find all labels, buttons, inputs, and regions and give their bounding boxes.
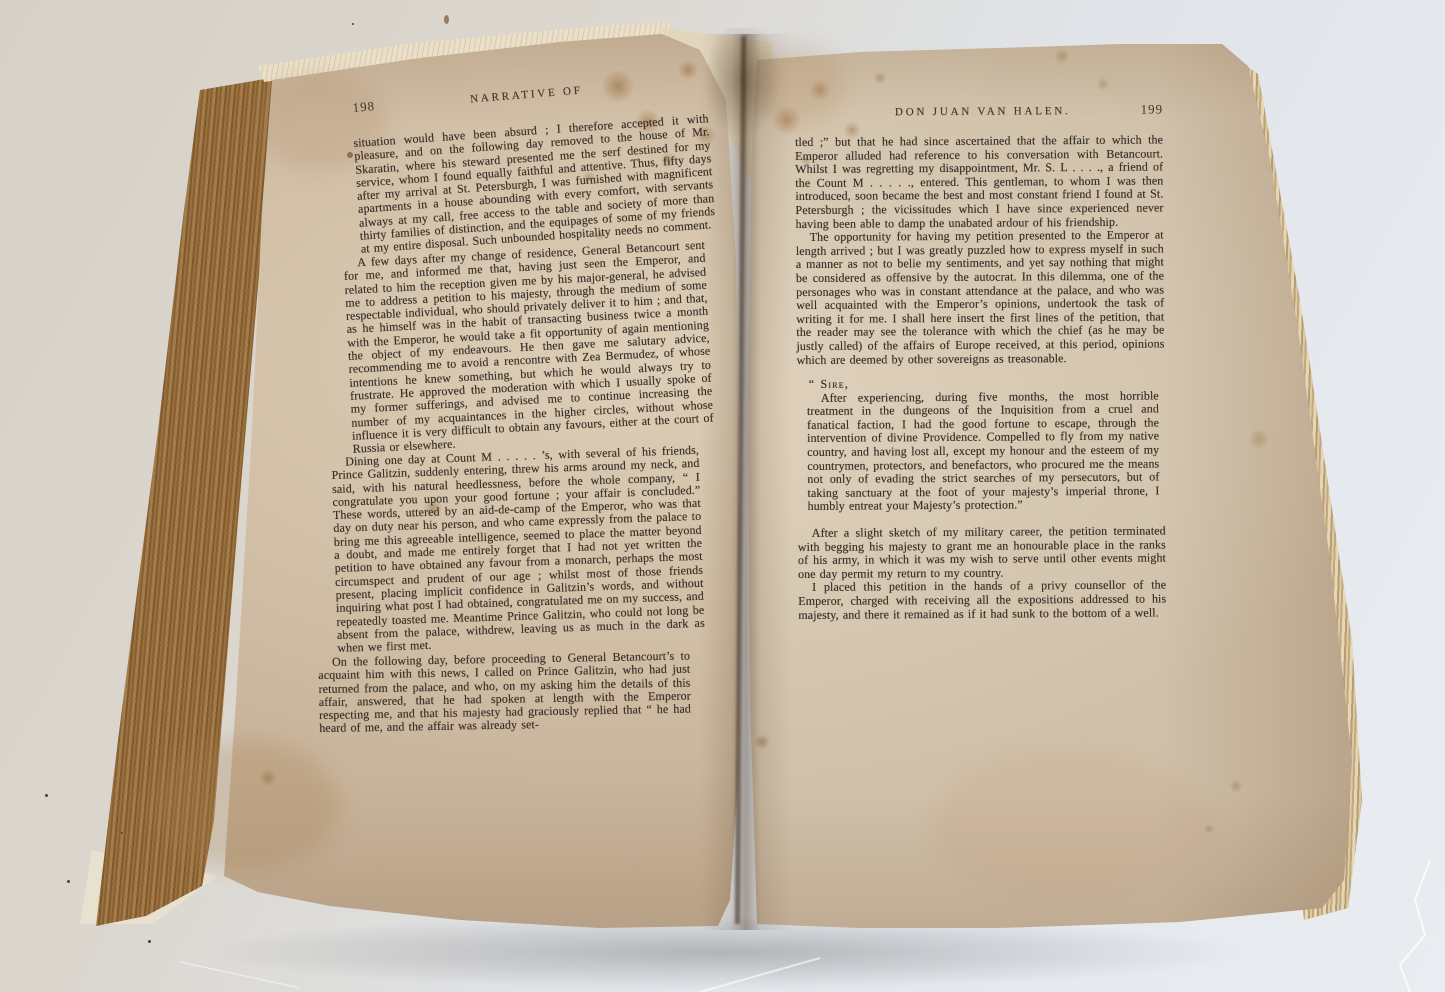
foxing-spot bbox=[1204, 824, 1214, 834]
foxing-spot bbox=[1054, 48, 1070, 64]
right-page-body: tled ;” but that he had since ascertaine… bbox=[795, 133, 1166, 622]
body-paragraph: A few days after my change of residence,… bbox=[343, 238, 715, 456]
foxing-spot bbox=[1248, 428, 1270, 450]
stain-wash bbox=[930, 750, 1210, 900]
left-page-number: 198 bbox=[352, 98, 376, 116]
right-page-header: DON JUAN VAN HALEN. 199 bbox=[795, 101, 1163, 120]
stain-wash bbox=[150, 740, 340, 870]
right-running-header: DON JUAN VAN HALEN. bbox=[825, 105, 1141, 119]
body-paragraph: On the following day, before proceeding … bbox=[318, 649, 691, 735]
foxing-spot bbox=[1229, 779, 1243, 793]
foxing-spot bbox=[1096, 77, 1110, 91]
body-paragraph: Dining one day at Count M . . . . . ’s, … bbox=[331, 444, 705, 656]
gutter-top-shadow bbox=[688, 28, 798, 198]
foxing-spot bbox=[809, 79, 831, 101]
foxing-spot bbox=[259, 769, 277, 787]
foxing-spot bbox=[873, 71, 887, 85]
body-paragraph: tled ;” but that he had since ascertaine… bbox=[795, 133, 1164, 231]
photo-of-open-book: 198 NARRATIVE OF situation would have be… bbox=[0, 0, 1445, 992]
body-paragraph: The opportunity for having my petition p… bbox=[796, 229, 1165, 368]
body-paragraph: situation would have been absurd ; I the… bbox=[353, 112, 716, 256]
body-paragraph: I placed this petition in the hands of a… bbox=[798, 579, 1166, 622]
body-paragraph: After a slight sketch of my military car… bbox=[798, 524, 1166, 581]
petition-quote: After experiencing, during five months, … bbox=[807, 389, 1160, 514]
left-page-body: situation would have been absurd ; I the… bbox=[352, 137, 724, 735]
right-page-number: 199 bbox=[1140, 101, 1163, 117]
foxing-spot bbox=[444, 15, 449, 24]
